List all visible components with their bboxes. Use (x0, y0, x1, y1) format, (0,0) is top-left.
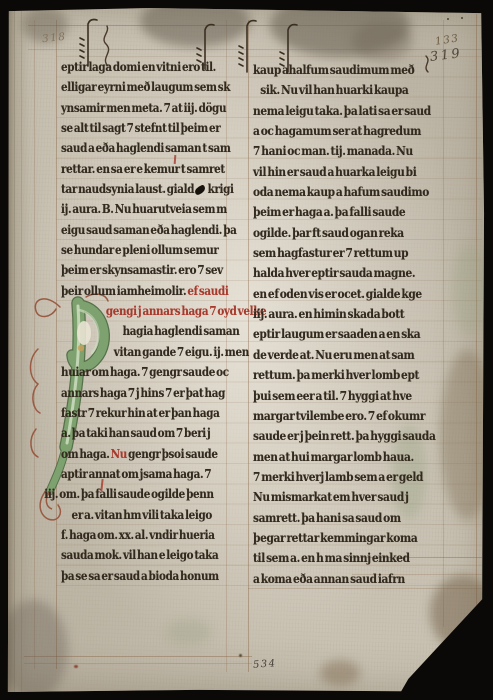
body-text: fastr 7 rekur hin at er þan haga (61, 406, 219, 420)
body-text: þeir ollum iamheimolir. (61, 284, 187, 298)
text-line: fastr 7 rekur hin at er þan haga (61, 403, 250, 423)
text-line: rettar. en sa er e kemur t samret (61, 159, 250, 179)
body-text: se hundar e pleni ollum semur (61, 243, 219, 257)
body-text: kaup ahalfum saudimum með (253, 63, 414, 77)
text-line: a koma eða annan saud iafrn (253, 569, 451, 589)
page-number-bottom: 534 (253, 658, 277, 671)
text-line: annars haga 7 j hins 7 er þat hag (61, 383, 250, 403)
text-line: a. þa taki han saud om 7 beri j (61, 423, 250, 443)
ink-speck (239, 654, 242, 657)
body-text: ynsamir men meta. 7 at iij. dögu (61, 101, 226, 115)
body-text: nema leigu taka. þa lati sa er saud (253, 104, 431, 118)
text-line: se hundar e pleni ollum semur (61, 240, 250, 260)
column-right: kaup ahalfum saudimum meðsik. Nu vil han… (253, 60, 451, 589)
body-text: a oc hagamum ser at hagredum (253, 124, 421, 138)
body-text: krigi (206, 182, 233, 196)
leaf-edge-line (21, 7, 22, 694)
body-text: sik. Nu vil han huarki kaupa (260, 83, 408, 97)
text-line: om haga. Nu gengr þsoi saude (61, 444, 250, 464)
text-line: se alt til sagt 7 stefnt til þeim er (61, 118, 250, 138)
body-text: se alt til sagt 7 stefnt til þeim er (61, 121, 220, 135)
text-line: er a. vitan hm vili taka leigo (72, 505, 251, 525)
body-text: sem hagfastur er 7 rettum up (253, 246, 408, 260)
text-line: elligar eyrni með laugum sem sk (61, 77, 250, 97)
folio-number-top-left: 318 (41, 31, 67, 46)
text-line: en ef oden vis er ocet. gialde kge (253, 284, 451, 304)
body-text: saud a eða haglendi saman t sam (61, 141, 230, 155)
body-text: þa se sa er saud a bioda honum (61, 569, 219, 583)
folio-number-top-right-upper: 133 (434, 32, 460, 48)
text-line: eptir laga domi en vitni ero til. (61, 57, 250, 77)
body-text: en ef oden vis er ocet. gialde kge (253, 287, 422, 301)
body-text: f. haga om. xx. al. vndir hueria (61, 528, 215, 542)
body-text: oda nema kaup a hafum saudimo (253, 185, 429, 199)
body-text: 7 merki hverj lamb sem a er geld (253, 470, 423, 484)
body-text: tar naudsynia laust. giald (61, 182, 194, 196)
body-text: þui sem eer a til. 7 hyggi at hve (253, 389, 412, 403)
body-text: elligar eyrni með laugum sem sk (61, 80, 230, 94)
text-line: vil hin er saud a huarka leigu bi (253, 162, 451, 182)
text-line: hagia haglendi saman (123, 321, 251, 341)
body-text: eptir laugum er saaden a en ska (253, 327, 420, 341)
body-text: huiar om haga. 7 gengr saude oc (61, 365, 229, 379)
text-line: sem hagfastur er 7 rettum up (253, 243, 451, 263)
text-line: sik. Nu vil han huarki kaupa (260, 80, 451, 100)
text-line: margar tvilembe ero. 7 ef okumr (253, 406, 451, 426)
body-text: gengr þsoi saude (127, 447, 218, 461)
green-tint-stain (452, 245, 488, 335)
text-line: þa se sa er saud a bioda honum (61, 566, 250, 586)
text-line: rettum. þa merki hver lomb ept (253, 365, 451, 385)
body-text: vil hin er saud a huarka leigu bi (253, 165, 416, 179)
body-text: hagia haglendi saman (123, 324, 240, 338)
body-text: iij. om. þa falli saude ogilde þenn (44, 487, 213, 501)
body-text: aptir annat om jsama haga. 7 (61, 467, 211, 481)
text-line: huiar om haga. 7 gengr saude oc (61, 362, 250, 382)
text-line: iij. om. þa falli saude ogilde þenn (44, 484, 250, 504)
body-text: Nu mismarkat em hver saud j (253, 490, 409, 504)
ink-speck (74, 665, 78, 668)
green-tint-stain (166, 619, 212, 645)
text-line: kaup ahalfum saudimum með (253, 60, 451, 80)
body-text: er a. vitan hm vili taka leigo (72, 508, 212, 522)
text-line: a oc hagamum ser at hagredum (253, 121, 451, 141)
body-text: margar tvilembe ero. 7 ef okumr (253, 409, 425, 423)
body-text: saude er j þein rett. þa hyggi sauda (253, 429, 435, 443)
text-line: sauda mok. vil han e leigo taka (61, 545, 250, 565)
body-text: rettum. þa merki hver lomb ept (253, 368, 419, 382)
text-line: þui sem eer a til. 7 hyggi at hve (253, 386, 451, 406)
text-line: samrett. þa hani sa saud om (253, 508, 451, 528)
body-text: annars haga 7 j hins 7 er þat hag (61, 386, 225, 400)
text-line: vitan gande 7 eigu. ij. men (114, 342, 250, 362)
text-line: 7 merki hverj lamb sem a er geld (253, 467, 451, 487)
manuscript-photo: eptir laga domi en vitni ero til.elligar… (0, 0, 493, 700)
body-text: halda hver eptir sauda magne. (253, 266, 415, 280)
text-line: men at hui margar lomb haua. (253, 447, 451, 467)
body-text: om haga. (61, 447, 111, 461)
text-line: saude er j þein rett. þa hyggi sauda (253, 426, 451, 446)
body-text: men at hui margar lomb haua. (253, 450, 414, 464)
body-text: rettar. en sa er e kemur t samret (61, 162, 225, 176)
body-text: þeim er haga a. þa falli saude (253, 205, 405, 219)
body-text: eigu saud saman eða haglendi. þa (61, 223, 237, 237)
body-text: 7 hani oc man. tij. manada. Nu (253, 144, 413, 158)
text-line: halda hver eptir sauda magne. (253, 263, 451, 283)
body-text: samrett. þa hani sa saud om (253, 511, 401, 525)
body-text: ij. aura. B. Nu huarutveia sem m (61, 202, 227, 216)
text-line: nema leigu taka. þa lati sa er saud (253, 101, 451, 121)
text-line: tar naudsynia laust. giald krigi (61, 179, 250, 199)
leaf-edge-line (14, 7, 15, 694)
body-text: a koma eða annan saud iafrn (253, 572, 405, 586)
text-line: þeim er skynsamastir. ero 7 sev (61, 260, 250, 280)
body-text: a. þa taki han saud om 7 beri j (61, 426, 210, 440)
text-line: eptir laugum er saaden a en ska (253, 324, 451, 344)
text-line: iij. aura. en himin skada bott (253, 304, 451, 324)
body-text: ogilde. þar ft saud ogan reka (253, 226, 404, 240)
text-line: f. haga om. xx. al. vndir hueria (61, 525, 250, 545)
text-line: þeim er haga a. þa falli saude (253, 202, 451, 222)
text-line: ij. aura. B. Nu huarutveia sem m (61, 199, 250, 219)
rubric-text: Nu (111, 447, 127, 461)
body-text: sauda mok. vil han e leigo taka (61, 548, 218, 562)
body-text: þeim er skynsamastir. ero 7 sev (61, 263, 223, 277)
text-line: oda nema kaup a hafum saudimo (253, 182, 451, 202)
body-text: eptir laga domi en vitni ero til. (61, 60, 216, 74)
text-line: Nu mismarkat em hver saud j (253, 487, 451, 507)
text-line: saud a eða haglendi saman t sam (61, 138, 250, 158)
rubric-text: gengi j annars haga 7 oyd velke (106, 304, 266, 318)
body-text: de verde at. Nu eru men at sam (253, 348, 414, 362)
shadow-stain (0, 600, 68, 700)
text-line: ynsamir men meta. 7 at iij. dögu (61, 98, 250, 118)
damp-stain (320, 660, 360, 686)
text-line: ogilde. þar ft saud ogan reka (253, 223, 451, 243)
body-text: til sem a. en h ma sinnj einked (253, 551, 410, 565)
column-left: eptir laga domi en vitni ero til.elligar… (61, 57, 250, 586)
text-line: aptir annat om jsama haga. 7 (61, 464, 250, 484)
text-line: þeir ollum iamheimolir. ef saudi (61, 281, 250, 301)
text-line: 7 hani oc man. tij. manada. Nu (253, 141, 451, 161)
pricking-dot (461, 17, 463, 19)
body-text: þegar rettar kemmingar koma (253, 531, 417, 545)
rubric-text: ef saudi (187, 284, 228, 298)
body-text: vitan gande 7 eigu. ij. men (114, 345, 249, 359)
ink-blot (194, 184, 206, 195)
body-text: iij. aura. en himin skada bott (253, 307, 404, 321)
text-line: þegar rettar kemmingar koma (253, 528, 451, 548)
parchment-page: eptir laga domi en vitni ero til.elligar… (6, 7, 485, 694)
text-line: eigu saud saman eða haglendi. þa (61, 220, 250, 240)
text-line: til sem a. en h ma sinnj einked (253, 548, 451, 568)
text-line: gengi j annars haga 7 oyd velke (106, 301, 250, 321)
text-line: de verde at. Nu eru men at sam (253, 345, 451, 365)
